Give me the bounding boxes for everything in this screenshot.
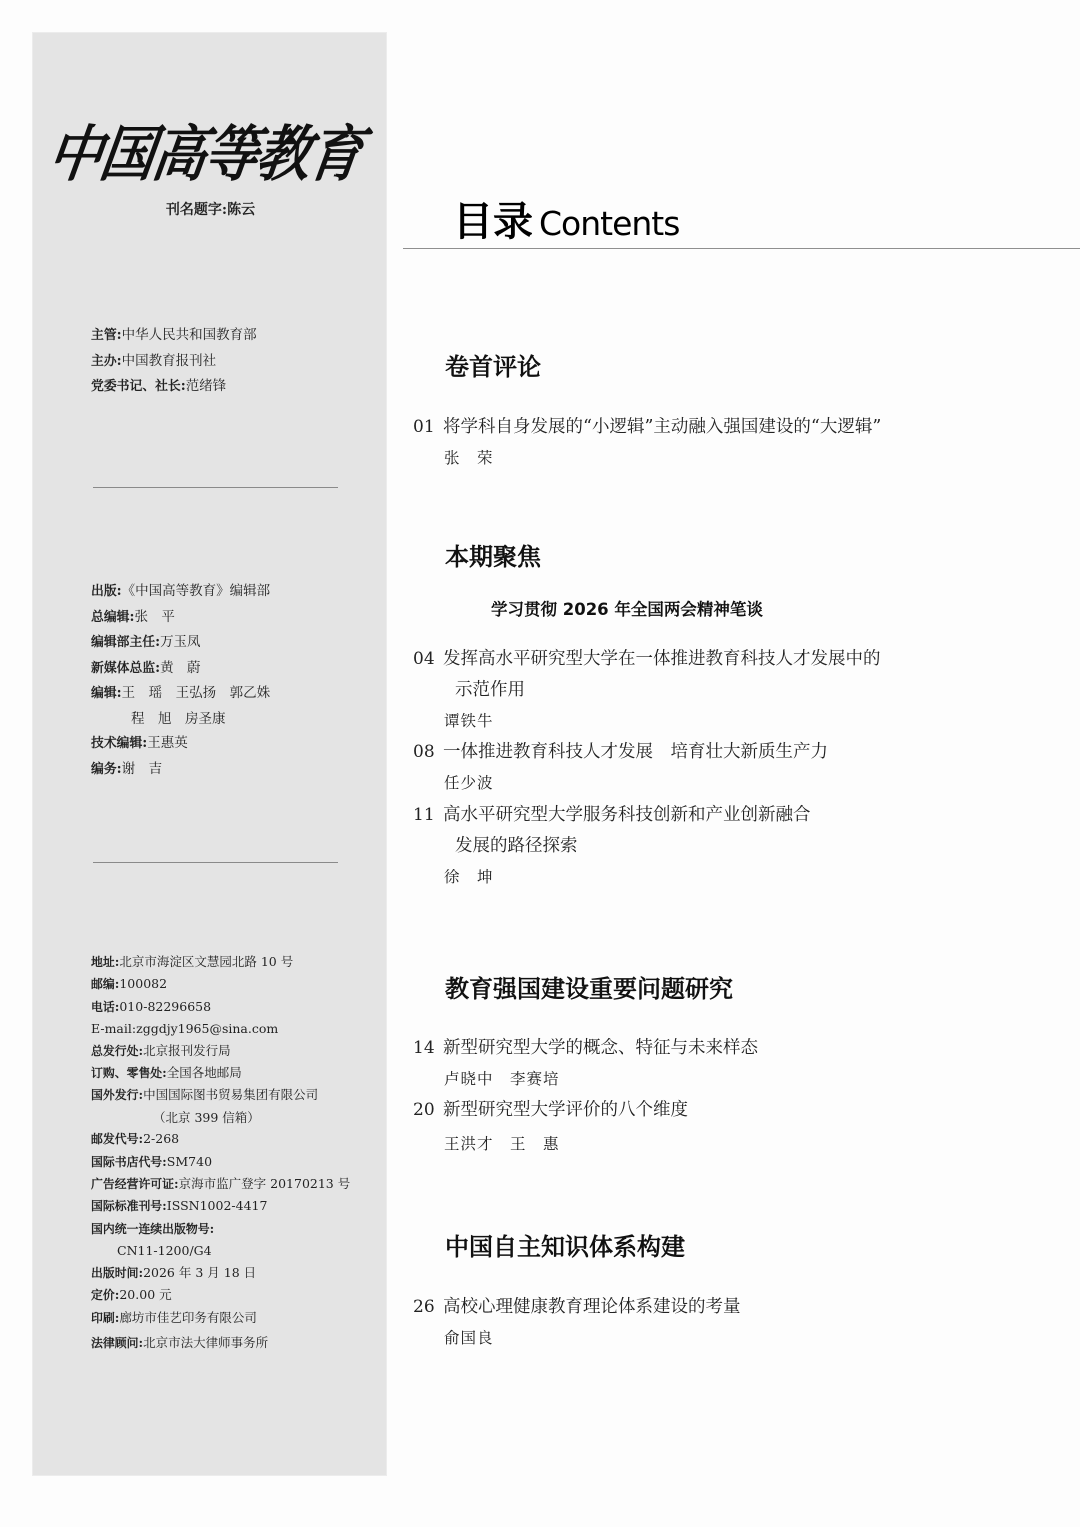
info-row-president: 党委书记、社长:范绪锋 bbox=[91, 374, 257, 400]
article-title[interactable]: 将学科自身发展的“小逻辑”主动融入强国建设的“大逻辑” bbox=[443, 412, 881, 443]
article-author: 张 荣 bbox=[413, 443, 1053, 474]
editorial-block: 出版:《中国高等教育》编辑部 总编辑:张 平 编辑部主任:万玉凤 新媒体总监:黄… bbox=[91, 579, 270, 782]
info-row-editors: 编辑:王 瑶 王弘扬 郭乙姝 bbox=[91, 681, 270, 707]
page-number: 14 bbox=[413, 1033, 443, 1064]
info-row-cn-label: 国内统一连续出版物号: bbox=[91, 1218, 350, 1240]
info-row-editors-cont: 程 旭 房圣康 bbox=[91, 707, 270, 732]
publishing-block: 地址:北京市海淀区文慧园北路 10 号 邮编:100082 电话:010-822… bbox=[91, 951, 350, 1354]
toc-entry[interactable]: 26高校心理健康教育理论体系建设的考量 俞国良 bbox=[413, 1292, 1053, 1354]
article-author: 谭铁牛 bbox=[413, 706, 1053, 737]
info-row-overseas-cont: （北京 399 信箱） bbox=[91, 1107, 350, 1128]
logo-credit: 刊名题字:陈云 bbox=[33, 199, 388, 219]
article-title[interactable]: 一体推进教育科技人才发展 培育壮大新质生产力 bbox=[443, 737, 828, 768]
masthead-panel: 中国高等教育 刊名题字:陈云 主管:中华人民共和国教育部 主办:中国教育报刊社 … bbox=[32, 32, 387, 1476]
article-title[interactable]: 高水平研究型大学服务科技创新和产业创新融合 bbox=[443, 800, 811, 831]
article-author: 王洪才 王 惠 bbox=[413, 1129, 1053, 1160]
info-row-technical-editor: 技术编辑:王惠英 bbox=[91, 731, 270, 757]
article-title[interactable]: 新型研究型大学的概念、特征与未来样态 bbox=[443, 1033, 758, 1064]
toc-entry[interactable]: 14新型研究型大学的概念、特征与未来样态 卢晓中 李赛培 bbox=[413, 1033, 1053, 1095]
section-subheading: 学习贯彻 2026 年全国两会精神笔谈 bbox=[491, 596, 763, 620]
toc-title-cn: 目录 bbox=[453, 199, 533, 245]
info-row-address: 地址:北京市海淀区文慧园北路 10 号 bbox=[91, 951, 350, 973]
section-heading-focus: 本期聚焦 bbox=[445, 537, 541, 572]
info-row-legal: 法律顾问:北京市法大律师事务所 bbox=[91, 1332, 350, 1354]
article-title-cont[interactable]: 示范作用 bbox=[413, 675, 1053, 706]
info-row-pub-date: 出版时间:2026 年 3 月 18 日 bbox=[91, 1262, 350, 1284]
info-row-printer: 印刷:廊坊市佳艺印务有限公司 bbox=[91, 1307, 350, 1329]
article-author: 俞国良 bbox=[413, 1323, 1053, 1354]
info-row-phone: 电话:010-82296658 bbox=[91, 996, 350, 1018]
journal-logo-calligraphy: 中国高等教育 bbox=[42, 109, 365, 199]
toc-entry[interactable]: 01将学科自身发展的“小逻辑”主动融入强国建设的“大逻辑” 张 荣 bbox=[413, 412, 1053, 474]
info-row-postal-code: 邮发代号:2-268 bbox=[91, 1128, 350, 1150]
info-row-ad-license: 广告经营许可证:京海市监广登字 20170213 号 bbox=[91, 1173, 350, 1195]
page-number: 26 bbox=[413, 1292, 443, 1323]
toc-entry[interactable]: 20新型研究型大学评价的八个维度 王洪才 王 惠 bbox=[413, 1095, 1053, 1160]
panel-divider bbox=[93, 487, 338, 488]
info-row-email[interactable]: E-mail:zggdjy1965@sina.com bbox=[91, 1018, 350, 1039]
toc-entry[interactable]: 04发挥高水平研究型大学在一体推进教育科技人才发展中的 示范作用 谭铁牛 bbox=[413, 644, 1053, 737]
page-number: 20 bbox=[413, 1095, 443, 1126]
info-row-editor-in-chief: 总编辑:张 平 bbox=[91, 605, 270, 631]
toc-title-en: Contents bbox=[539, 204, 679, 243]
article-title[interactable]: 发挥高水平研究型大学在一体推进教育科技人才发展中的 bbox=[443, 644, 881, 675]
sponsor-block: 主管:中华人民共和国教育部 主办:中国教育报刊社 党委书记、社长:范绪锋 bbox=[91, 323, 257, 400]
toc-title: 目录Contents bbox=[453, 190, 679, 247]
section-heading-knowledge-system: 中国自主知识体系构建 bbox=[445, 1227, 685, 1262]
page-number: 01 bbox=[413, 412, 443, 443]
article-title-cont[interactable]: 发展的路径探索 bbox=[413, 831, 1053, 862]
page-number: 11 bbox=[413, 800, 443, 831]
info-row-intl-bookstore: 国际书店代号:SM740 bbox=[91, 1151, 350, 1173]
toc-title-rule bbox=[403, 248, 1080, 249]
info-row-issn: 国际标准刊号:ISSN1002-4417 bbox=[91, 1195, 350, 1217]
page-number: 04 bbox=[413, 644, 443, 675]
info-row-new-media-director: 新媒体总监:黄 蔚 bbox=[91, 656, 270, 682]
info-row-postcode: 邮编:100082 bbox=[91, 973, 350, 995]
info-row-publisher: 出版:《中国高等教育》编辑部 bbox=[91, 579, 270, 605]
info-row-cn-number: CN11-1200/G4 bbox=[91, 1240, 350, 1261]
article-author: 任少波 bbox=[413, 768, 1053, 799]
info-row-overseas: 国外发行:中国国际图书贸易集团有限公司 bbox=[91, 1084, 350, 1106]
info-row-supervisor: 主管:中华人民共和国教育部 bbox=[91, 323, 257, 349]
info-row-editorial-affairs: 编务:谢 吉 bbox=[91, 757, 270, 783]
info-row-retail: 订购、零售处:全国各地邮局 bbox=[91, 1062, 350, 1084]
article-author: 徐 坤 bbox=[413, 862, 1053, 893]
article-author: 卢晓中 李赛培 bbox=[413, 1064, 1053, 1095]
info-row-sponsor: 主办:中国教育报刊社 bbox=[91, 349, 257, 375]
info-row-distributor: 总发行处:北京报刊发行局 bbox=[91, 1040, 350, 1062]
article-title[interactable]: 高校心理健康教育理论体系建设的考量 bbox=[443, 1292, 741, 1323]
section-heading-editorial: 卷首评论 bbox=[445, 347, 541, 382]
page-number: 08 bbox=[413, 737, 443, 768]
toc-entry[interactable]: 11高水平研究型大学服务科技创新和产业创新融合 发展的路径探索 徐 坤 bbox=[413, 800, 1053, 893]
info-row-price: 定价:20.00 元 bbox=[91, 1284, 350, 1306]
panel-divider bbox=[93, 862, 338, 863]
info-row-dept-director: 编辑部主任:万玉凤 bbox=[91, 630, 270, 656]
section-heading-research: 教育强国建设重要问题研究 bbox=[445, 969, 733, 1004]
toc-entry[interactable]: 08一体推进教育科技人才发展 培育壮大新质生产力 任少波 bbox=[413, 737, 1053, 799]
article-title[interactable]: 新型研究型大学评价的八个维度 bbox=[443, 1095, 688, 1126]
